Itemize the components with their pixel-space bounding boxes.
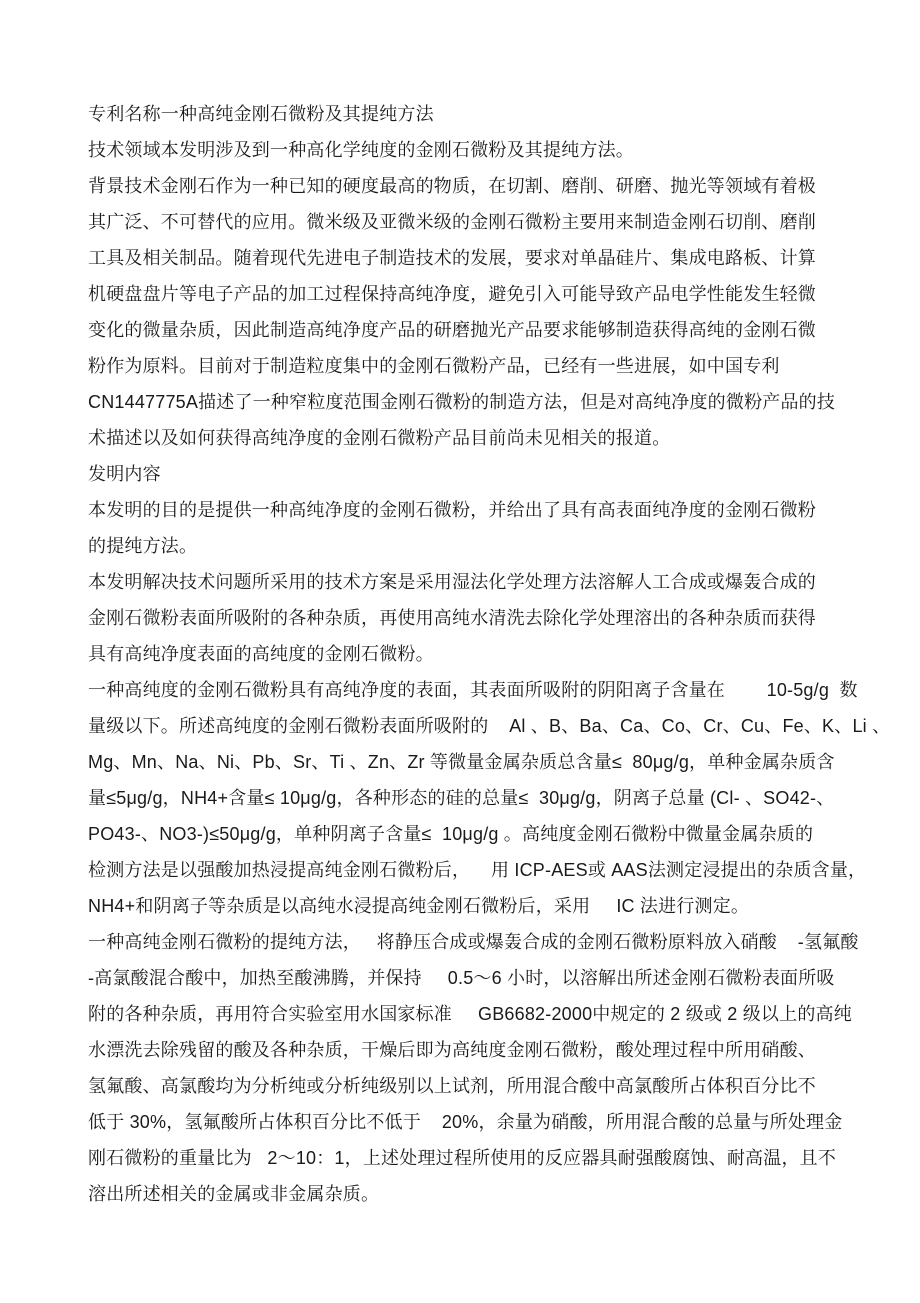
text-line: 变化的微量杂质，因此制造高纯净度产品的研磨抛光产品要求能够制造获得高纯的金刚石微	[88, 312, 858, 348]
text-line: -高氯酸混合酸中，加热至酸沸腾，并保持 0.5～6 小时，以溶解出所述金刚石微粉…	[88, 960, 858, 996]
text-line: 低于 30%，氢氟酸所占体积百分比不低于 20%，余量为硝酸，所用混合酸的总量与…	[88, 1104, 858, 1140]
text-line: 检测方法是以强酸加热浸提高纯金刚石微粉后， 用 ICP-AES或 AAS法测定浸…	[88, 852, 858, 888]
text-line: 量≤5μg/g，NH4+含量≤ 10μg/g，各种形态的硅的总量≤ 30μg/g…	[88, 780, 858, 816]
text-line: 本发明解决技术问题所采用的技术方案是采用湿法化学处理方法溶解人工合成或爆轰合成的	[88, 564, 858, 600]
section-heading-line: 发明内容	[88, 456, 858, 492]
text-line: 背景技术金刚石作为一种已知的硬度最高的物质，在切割、磨削、研磨、抛光等领域有着极	[88, 168, 858, 204]
text-line: 机硬盘盘片等电子产品的加工过程保持高纯净度，避免引入可能导致产品电学性能发生轻微	[88, 276, 858, 312]
text-line: 量级以下。所述高纯度的金刚石微粉表面所吸附的 Al 、B、Ba、Ca、Co、Cr…	[88, 708, 858, 744]
text-line: 具有高纯净度表面的高纯度的金刚石微粉。	[88, 636, 858, 672]
document-page: 专利名称一种高纯金刚石微粉及其提纯方法 技术领域本发明涉及到一种高化学纯度的金刚…	[0, 0, 920, 1303]
text-line: 一种高纯度的金刚石微粉具有高纯净度的表面，其表面所吸附的阴阳离子含量在 10-5…	[88, 672, 858, 708]
patent-text-block: 专利名称一种高纯金刚石微粉及其提纯方法 技术领域本发明涉及到一种高化学纯度的金刚…	[88, 96, 858, 1212]
text-line: 本发明的目的是提供一种高纯净度的金刚石微粉，并给出了具有高表面纯净度的金刚石微粉	[88, 492, 858, 528]
text-line: 一种高纯金刚石微粉的提纯方法， 将静压合成或爆轰合成的金刚石微粉原料放入硝酸 -…	[88, 924, 858, 960]
text-line: 工具及相关制品。随着现代先进电子制造技术的发展，要求对单晶硅片、集成电路板、计算	[88, 240, 858, 276]
text-line: 术描述以及如何获得高纯净度的金刚石微粉产品目前尚未见相关的报道。	[88, 420, 858, 456]
text-line: 的提纯方法。	[88, 528, 858, 564]
text-line: CN1447775A描述了一种窄粒度范围金刚石微粉的制造方法，但是对高纯净度的微…	[88, 384, 858, 420]
text-line: 粉作为原料。目前对于制造粒度集中的金刚石微粉产品，已经有一些进展，如中国专利	[88, 348, 858, 384]
text-line: 其广泛、不可替代的应用。微米级及亚微米级的金刚石微粉主要用来制造金刚石切削、磨削	[88, 204, 858, 240]
text-line: 水漂洗去除残留的酸及各种杂质，干燥后即为高纯度金刚石微粉，酸处理过程中所用硝酸、	[88, 1032, 858, 1068]
text-line: 技术领域本发明涉及到一种高化学纯度的金刚石微粉及其提纯方法。	[88, 132, 858, 168]
text-line: 金刚石微粉表面所吸附的各种杂质，再使用高纯水清洗去除化学处理溶出的各种杂质而获得	[88, 600, 858, 636]
text-line: 刚石微粉的重量比为 2～10：1，上述处理过程所使用的反应器具耐强酸腐蚀、耐高温…	[88, 1140, 858, 1176]
text-line: Mg、Mn、Na、Ni、Pb、Sr、Ti 、Zn、Zr 等微量金属杂质总含量≤ …	[88, 744, 858, 780]
patent-title-line: 专利名称一种高纯金刚石微粉及其提纯方法	[88, 96, 858, 132]
text-line: PO43-、NO3-)≤50μg/g，单种阴离子含量≤ 10μg/g 。高纯度金…	[88, 816, 858, 852]
text-line: 附的各种杂质，再用符合实验室用水国家标准 GB6682-2000中规定的 2 级…	[88, 996, 858, 1032]
text-line: NH4+和阴离子等杂质是以高纯水浸提高纯金刚石微粉后，采用 IC 法进行测定。	[88, 888, 858, 924]
text-line: 氢氟酸、高氯酸均为分析纯或分析纯级别以上试剂，所用混合酸中高氯酸所占体积百分比不	[88, 1068, 858, 1104]
text-line: 溶出所述相关的金属或非金属杂质。	[88, 1176, 858, 1212]
